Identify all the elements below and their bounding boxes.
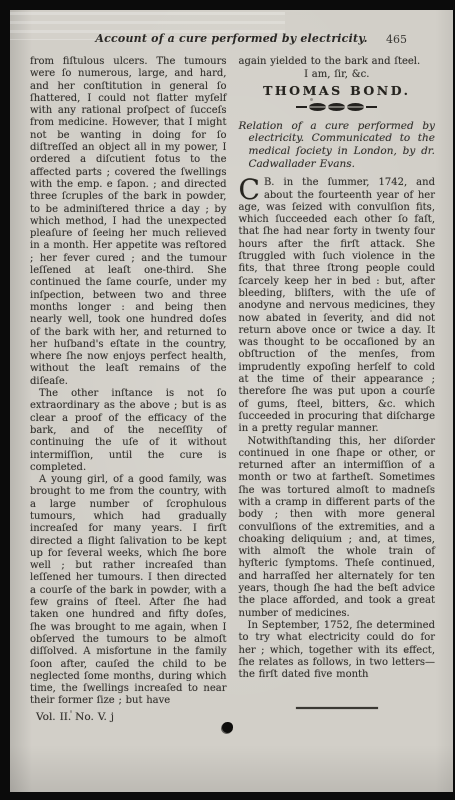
two-column-text: from fiſtulous ulcers. The tumours were … [10,48,453,723]
volume-signature: Vol. II. No. V. j [30,711,227,723]
right-column: again yielded to the bark and ſteel. I a… [239,56,436,723]
scan-speck [130,430,132,432]
scan-speck [405,650,408,652]
author-name: THOMAS BOND. [239,85,436,97]
paragraph: Notwithſtanding this, her diſorder conti… [239,436,436,620]
divider-bead [347,103,364,111]
divider-dash [366,106,377,108]
paragraph-continuation: from fiſtulous ulcers. The tumours were … [30,56,227,388]
paragraph-dropcap: C B. in the ſummer, 1742, and about the … [239,177,436,435]
paragraph: A young girl, of a good family, was brou… [30,474,227,708]
drop-cap: C [239,177,264,201]
divider-bead [328,103,345,111]
letter-closing: I am, ſir, &c. [239,69,436,81]
scan-speck [370,310,372,312]
section-heading: Relation of a cure performed by electric… [239,120,436,170]
paper: Account of a cure performed by electrici… [10,10,453,792]
divider-bead [309,103,326,111]
end-rule [296,707,378,709]
running-head-row: Account of a cure performed by electrici… [10,32,453,48]
divider-dash [296,106,307,108]
paragraph-text: B. in the ſummer, 1742, and about the fo… [239,177,436,434]
scan-speck [70,710,72,713]
bead-rule-divider-icon [239,103,436,111]
paragraph-continuation: again yielded to the bark and ſteel. [239,56,436,68]
paragraph: The other inſtance is not ſo extraordina… [30,388,227,474]
page-number: 465 [386,33,407,46]
left-column: from fiſtulous ulcers. The tumours were … [30,56,227,723]
scanned-book-page: Account of a cure performed by electrici… [0,0,455,800]
scan-speck [310,98,313,101]
ink-blot [222,722,233,733]
